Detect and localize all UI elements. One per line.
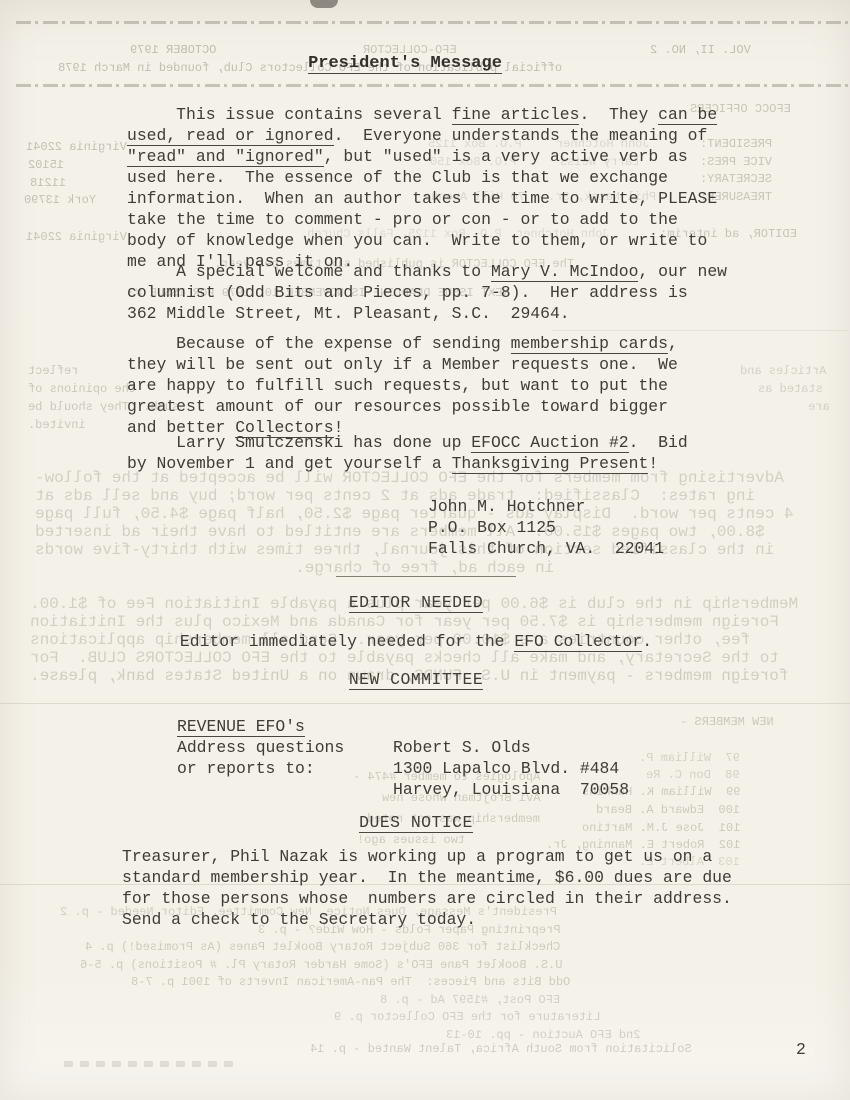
page-title: President's Message (308, 54, 502, 74)
scan-smudge-artifact (310, 0, 338, 8)
typed-line: "read" and "ignored", but "used" is a ve… (127, 146, 717, 167)
typed-line: This issue contains several fine article… (127, 104, 717, 125)
text-segment: 362 Middle Street, Mt. Pleasant, S.C. 29… (127, 304, 570, 323)
text-segment: , our new (638, 262, 727, 281)
underlined-phrase: Mary V. McIndoo (491, 262, 639, 282)
text-segment: they will be sent out only if a Member r… (127, 355, 678, 374)
typed-line: Larry Smulczenski has done up EFOCC Auct… (127, 432, 688, 453)
typed-line: A special welcome and thanks to Mary V. … (127, 261, 727, 282)
editor-needed-heading-row: EDITOR NEEDED (0, 593, 832, 612)
text-segment: used here. The essence of the Club is th… (127, 168, 668, 187)
text-segment: information. When an author takes the ti… (127, 189, 717, 208)
committee-address-line: Robert S. Olds (393, 737, 629, 758)
bleed-dashed-rule-under-masthead (16, 84, 848, 87)
text-segment: Larry Smulczenski has done up (127, 433, 471, 452)
bleed-through-text: stated as (758, 383, 823, 395)
bleed-through-text: NEW MEMBERS - (680, 716, 774, 728)
text-segment: ! (648, 454, 658, 473)
section-divider-line (336, 576, 516, 577)
underlined-phrase: "read" and "ignored" (127, 147, 324, 167)
typed-line: standard membership year. In the meantim… (122, 867, 732, 888)
committee-address-line: Harvey, Louisiana 70058 (393, 779, 629, 800)
new-committee-heading-row: NEW COMMITTEE (0, 670, 832, 689)
page-number: 2 (796, 1040, 806, 1059)
typed-line: for those persons whose numbers are circ… (122, 888, 732, 909)
text-segment: greatest amount of our resources possibl… (127, 397, 668, 416)
bleed-through-text: Virginia 22041 (26, 231, 127, 243)
typed-line: greatest amount of our resources possibl… (127, 396, 678, 417)
underlined-phrase: EFOCC Auction #2 (471, 433, 628, 453)
text-segment: , but "used" is a very active verb as (324, 147, 688, 166)
faint-print-artifact (64, 1061, 234, 1067)
bleed-through-text: in each ad, free of charge. (295, 560, 554, 576)
text-segment: . Everyone understands the meaning of (334, 126, 708, 145)
bleed-through-text: 4 cents per word. Display ads - quarter … (35, 506, 794, 522)
typed-line: Treasurer, Phil Nazak is working up a pr… (122, 846, 732, 867)
bleed-through-text: Odd Bits and Pieces: The Pan-American In… (131, 976, 570, 988)
bleed-through-text: Solicitation from South Africa, Talent W… (310, 1043, 692, 1055)
message-paragraph: Larry Smulczenski has done up EFOCC Auct… (127, 432, 688, 474)
scanned-newsletter-page: OCTOBER 1979EFO-COLLECTORVOL. II, NO. 2o… (0, 0, 850, 1100)
text-segment: Because of the expense of sending (127, 334, 511, 353)
committee-contact-address-block: Robert S. Olds1300 Lapalco Blvd. #484Har… (393, 737, 629, 800)
editor-needed-text: Editor immediately needed for the EFO Co… (0, 631, 832, 652)
dues-notice-heading-row: DUES NOTICE (0, 813, 832, 832)
bleed-through-text: U.S. Booklet Pane EFO's (Some Harder Rot… (80, 959, 562, 971)
bleed-through-text: to the Secretary, and make all checks pa… (30, 650, 779, 666)
text-segment: , (668, 334, 678, 353)
text-segment: Editor immediately needed for the (180, 632, 514, 651)
committee-label-line: REVENUE EFO's (177, 716, 344, 737)
bleed-through-text: 97 William P. (639, 752, 740, 764)
bleed-through-text: Checklist for 360 Subject Rotary Booklet… (85, 941, 560, 953)
underlined-phrase: can be (658, 105, 717, 125)
typed-line: they will be sent out only if a Member r… (127, 354, 678, 375)
underlined-phrase: used, read or ignored (127, 126, 334, 146)
text-segment: Address questions (177, 738, 344, 757)
typed-line: information. When an author takes the ti… (127, 188, 717, 209)
bleed-through-text: 15102 (28, 159, 64, 171)
typed-line: are happy to fulfill such requests, but … (127, 375, 678, 396)
signature-block: John M. HotchnerP.O. Box 1125Falls Churc… (428, 496, 664, 559)
new-committee-heading: NEW COMMITTEE (349, 670, 483, 690)
text-segment: body of knowledge when you can. Write to… (127, 231, 707, 250)
committee-label-line: Address questions (177, 737, 344, 758)
editor-needed-heading: EDITOR NEEDED (349, 593, 483, 613)
bleed-through-text: 2nd EFO Auction - pp. 10-13 (446, 1029, 640, 1041)
typed-line: Because of the expense of sending member… (127, 333, 678, 354)
text-segment: This issue contains several (127, 105, 452, 124)
bleed-through-text: reflect (28, 365, 78, 377)
message-paragraph: Because of the expense of sending member… (127, 333, 678, 438)
signature-line: John M. Hotchner (428, 496, 664, 517)
signature-line: Falls Church, VA. 22041 (428, 538, 664, 559)
bleed-through-text: Articles and (740, 365, 826, 377)
bleed-through-text: 11218 (30, 177, 66, 189)
message-paragraph: This issue contains several fine article… (127, 104, 717, 272)
committee-address-line: 1300 Lapalco Blvd. #484 (393, 758, 629, 779)
text-segment: by November 1 and get yourself a (127, 454, 452, 473)
bleed-dashed-rule-top (16, 21, 848, 24)
dues-notice-paragraph: Treasurer, Phil Nazak is working up a pr… (122, 846, 732, 930)
typed-line: used, read or ignored. Everyone understa… (127, 125, 717, 146)
signature-line: P.O. Box 1125 (428, 517, 664, 538)
text-segment: . They (579, 105, 658, 124)
text-segment: or reports to: (177, 759, 315, 778)
text-segment: A special welcome and thanks to (127, 262, 491, 281)
bleed-through-text: invited. (28, 419, 86, 431)
underlined-phrase: Thanksgiving Present (452, 454, 649, 474)
bleed-through-text: York 13790 (24, 194, 96, 206)
bleed-through-text: EFO Post, #1597 Ad - p. 8 (380, 994, 560, 1006)
bleed-through-rule (0, 703, 850, 704)
typed-line: by November 1 and get yourself a Thanksg… (127, 453, 688, 474)
typed-line: used here. The essence of the Club is th… (127, 167, 717, 188)
text-segment: are happy to fulfill such requests, but … (127, 376, 668, 395)
bleed-through-text: 98 Don C. Re (646, 769, 740, 781)
bleed-through-text: Virginia 22041 (26, 141, 127, 153)
bleed-through-text: Literature for the EFO Collector p. 9 (334, 1011, 600, 1023)
typed-line: columnist (Odd Bits and Pieces, pp. 7-8)… (127, 282, 727, 303)
bleed-through-text: are (808, 401, 830, 413)
text-segment: . Bid (629, 433, 688, 452)
underlined-phrase: REVENUE EFO's (177, 717, 305, 737)
text-segment: take the time to comment - pro or con - … (127, 210, 678, 229)
typed-line: body of knowledge when you can. Write to… (127, 230, 717, 251)
underlined-phrase: fine articles (452, 105, 580, 125)
underlined-phrase: EFO Collector (514, 632, 642, 652)
bleed-through-text: Foreign membership is $7.50 per year for… (30, 614, 779, 630)
bleed-through-rule (552, 330, 848, 331)
text-segment: columnist (Odd Bits and Pieces, pp. 7-8)… (127, 283, 688, 302)
committee-label-line: or reports to: (177, 758, 344, 779)
typed-line: Send a check to the Secretary today. (122, 909, 732, 930)
typed-line: 362 Middle Street, Mt. Pleasant, S.C. 29… (127, 303, 727, 324)
dues-notice-heading: DUES NOTICE (359, 813, 473, 833)
message-paragraph: A special welcome and thanks to Mary V. … (127, 261, 727, 324)
committee-contact-label-block: REVENUE EFO'sAddress questionsor reports… (177, 716, 344, 779)
typed-line: take the time to comment - pro or con - … (127, 209, 717, 230)
text-segment: . (642, 632, 652, 651)
page-title-row: President's Message (0, 54, 810, 73)
bleed-through-text: the opinions of (28, 383, 136, 395)
bleed-through-text: two issues ago! (357, 834, 465, 846)
underlined-phrase: membership cards (511, 334, 668, 354)
